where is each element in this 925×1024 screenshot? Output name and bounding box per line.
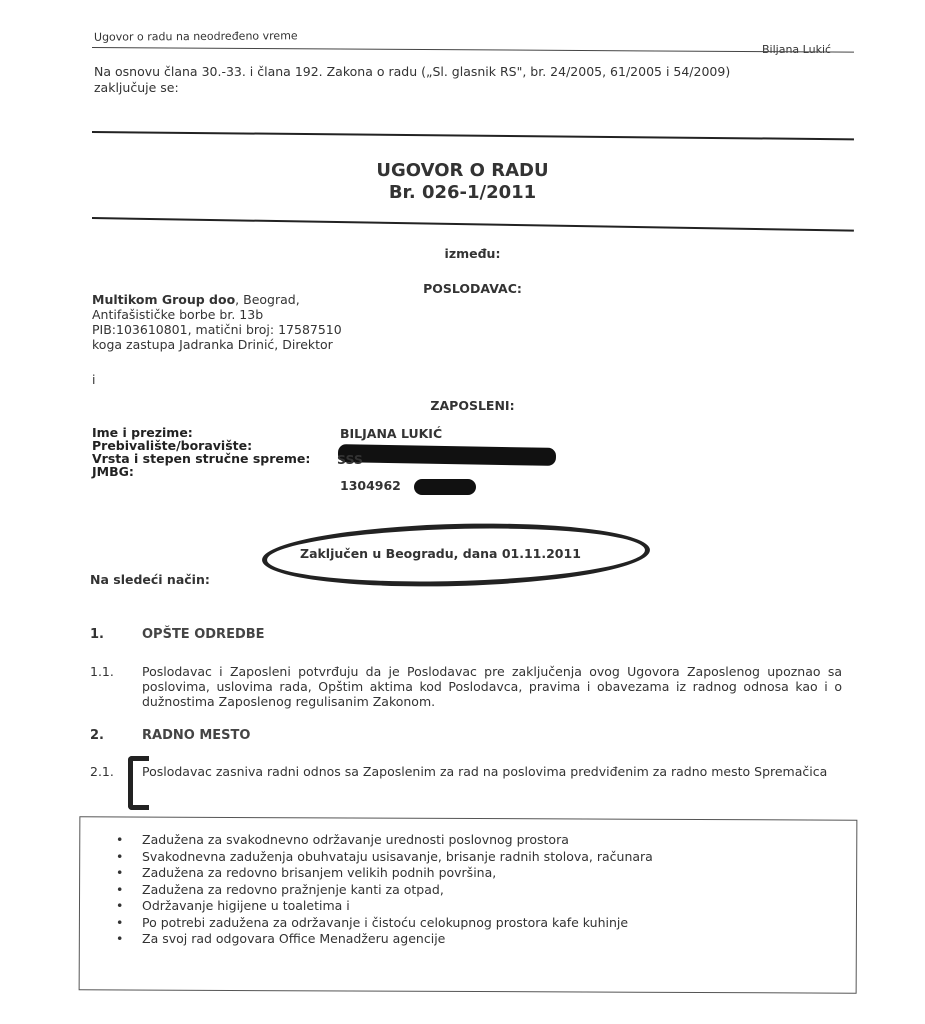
contract-page: Ugovor o radu na neodređeno vreme Biljan… xyxy=(0,0,925,1024)
manner-label: Na sledeći način: xyxy=(90,572,210,587)
running-header-title: Ugovor o radu na neodređeno vreme xyxy=(94,29,298,43)
clause-2-1-text: Poslodavac zasniva radni odnos sa Zaposl… xyxy=(142,764,842,779)
employer-company-name: Multikom Group doo xyxy=(92,292,235,307)
field-value-name: BILJANA LUKIĆ xyxy=(340,426,442,441)
duties-list: Zadužena za svakodnevno održavanje uredn… xyxy=(112,832,653,948)
clause-1-1-text: Poslodavac i Zaposleni potvrđuju da je P… xyxy=(142,664,842,709)
duty-item: Po potrebi zadužena za održavanje i čist… xyxy=(112,915,653,932)
intro-line-1: Na osnovu člana 30.-33. i člana 192. Zak… xyxy=(94,64,730,80)
and-label: i xyxy=(92,372,95,387)
clause-2-1-number: 2.1. xyxy=(90,764,114,779)
field-label-jmbg: JMBG: xyxy=(92,465,134,478)
redaction-residence xyxy=(338,444,556,466)
section-1-number: 1. xyxy=(90,627,104,642)
employee-heading: ZAPOSLENI: xyxy=(10,398,925,413)
title-rule-top xyxy=(92,131,854,140)
field-value-jmbg: 1304962 xyxy=(340,478,401,493)
title-rule-bottom xyxy=(92,217,854,232)
header-rule xyxy=(92,47,854,53)
employer-address: Antifašističke borbe br. 13b xyxy=(92,307,342,322)
running-header-name: Biljana Lukić xyxy=(762,43,831,56)
employer-representative: koga zastupa Jadranka Drinić, Direktor xyxy=(92,337,342,352)
document-title: UGOVOR O RADU xyxy=(0,160,925,181)
employer-company-city: , Beograd, xyxy=(235,292,300,307)
redaction-jmbg xyxy=(414,479,476,495)
duty-item: Zadužena za svakodnevno održavanje uredn… xyxy=(112,832,653,849)
duty-item: Održavanje higijene u toaletima i xyxy=(112,898,653,915)
section-2-title: RADNO MESTO xyxy=(142,728,250,743)
intro-paragraph: Na osnovu člana 30.-33. i člana 192. Zak… xyxy=(94,64,730,96)
duty-item: Svakodnevna zaduženja obuhvataju usisava… xyxy=(112,849,653,866)
employer-ids: PIB:103610801, matični broj: 17587510 xyxy=(92,322,342,337)
employer-details: Multikom Group doo, Beograd, Antifašisti… xyxy=(92,292,342,352)
section-1-title: OPŠTE ODREDBE xyxy=(142,627,265,642)
field-value-education: SSS xyxy=(337,452,363,467)
section-2-number: 2. xyxy=(90,728,104,743)
intro-line-2: zaključuje se: xyxy=(94,80,730,96)
duty-item: Zadužena za redovno brisanjem velikih po… xyxy=(112,865,653,882)
concluded-date: Zaključen u Beogradu, dana 01.11.2011 xyxy=(300,546,581,561)
duty-item: Zadužena za redovno pražnjenje kanti za … xyxy=(112,882,653,899)
duty-item: Za svoj rad odgovara Office Menadžeru ag… xyxy=(112,931,653,948)
document-number: Br. 026-1/2011 xyxy=(0,182,925,203)
clause-1-1-number: 1.1. xyxy=(90,664,114,679)
employer-company: Multikom Group doo, Beograd, xyxy=(92,292,342,307)
between-label: između: xyxy=(10,246,925,261)
